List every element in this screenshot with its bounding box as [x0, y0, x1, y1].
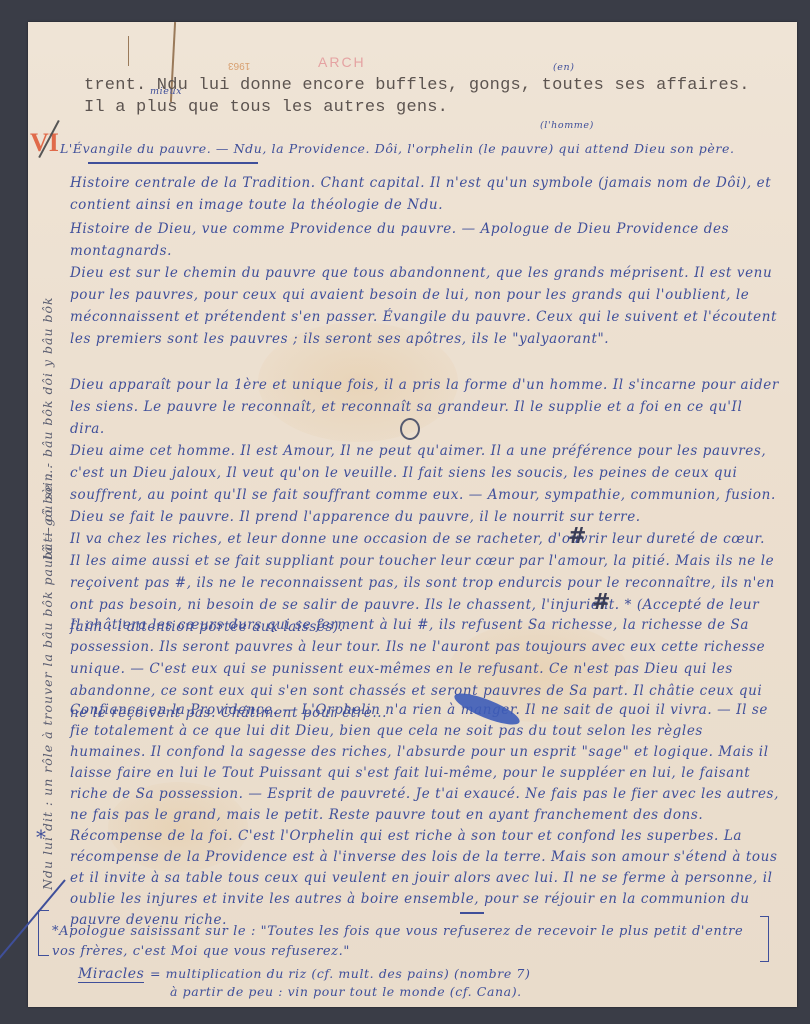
- paragraph-4: Dieu apparaît pour la 1ère et unique foi…: [70, 374, 780, 440]
- miracles-label: Miracles: [78, 966, 144, 983]
- paragraph-3: Dieu est sur le chemin du pauvre que tou…: [70, 262, 780, 350]
- paragraph-2: Histoire de Dieu, vue comme Providence d…: [70, 218, 780, 262]
- hash-mark: #: [592, 590, 610, 615]
- red-archive-stamp: ARCH: [318, 54, 366, 70]
- spiral-mark: [400, 418, 420, 440]
- paragraph-5: Dieu aime cet homme. Il est Amour, Il ne…: [70, 440, 780, 528]
- footnote: *Apologue saisissant sur le : "Toutes le…: [52, 922, 752, 962]
- left-bracket: [38, 910, 49, 956]
- archive-number-stamp: 1963: [228, 60, 250, 71]
- right-bracket: [760, 916, 769, 962]
- paragraph-8: Confiance en la Providence. — L'Orphelin…: [70, 700, 780, 826]
- typed-line-1: trent. Ndu lui donne encore buffles, gon…: [84, 76, 750, 95]
- miracles-line-1: = multiplication du riz (cf. mult. des p…: [150, 966, 530, 981]
- paragraph-9: Récompense de la foi. C'est l'Orphelin q…: [70, 826, 780, 931]
- hash-mark: #: [568, 524, 586, 549]
- paragraph-1: Histoire centrale de la Tradition. Chant…: [70, 172, 780, 216]
- margin-note-bottom: Ndu lui dit : un rôle à trouver la bâu b…: [40, 464, 55, 890]
- separator-dash: [460, 912, 484, 914]
- typed-line-2: Il a plus que tous les autres gens.: [84, 98, 448, 117]
- pencil-stroke: [128, 36, 129, 66]
- miracles-line-2: à partir de peu : vin pour tout le monde…: [170, 984, 522, 999]
- heading-line: L'Évangile du pauvre. — Ndu, la Providen…: [60, 140, 780, 158]
- underline: [88, 162, 258, 164]
- insert-mieux: mieux: [150, 86, 182, 97]
- insert-lhomme: (l'homme): [540, 120, 594, 131]
- insert-en: (en): [553, 62, 575, 73]
